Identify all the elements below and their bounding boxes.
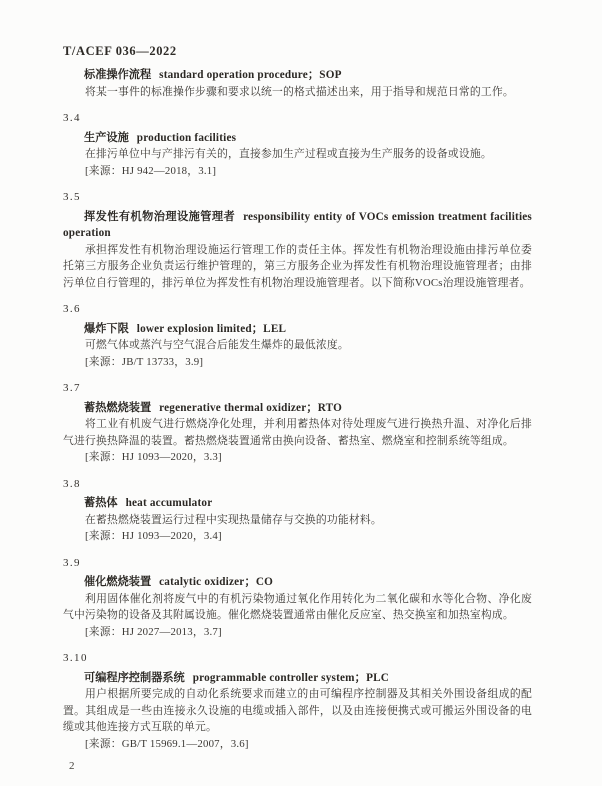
term-definition: 在排污单位中与产排污有关的，直接参加生产过程或直接为生产服务的设备或设施。 (63, 146, 532, 163)
term-title: 蓄热燃烧装置regenerative thermal oxidizer；RTO (63, 400, 532, 417)
term-english: production facilities (137, 132, 236, 144)
term-chinese: 标准操作流程 (84, 69, 151, 81)
section-number: 3.6 (63, 301, 532, 318)
term-definition: 将工业有机废气进行燃烧净化处理，并利用蓄热体对待处理废气进行换热升温、对净化后排… (63, 416, 532, 449)
term-source: [来源：GB/T 15969.1—2007，3.6] (63, 736, 532, 753)
term-chinese: 蓄热体 (84, 497, 118, 509)
term-english: regenerative thermal oxidizer；RTO (159, 402, 342, 414)
term-title: 标准操作流程standard operation procedure；SOP (63, 67, 532, 84)
term-entry: 3.8 蓄热体heat accumulator 在蓄热燃烧装置运行过程中实现热量… (63, 476, 532, 545)
term-definition: 利用固体催化剂将废气中的有机污染物通过氧化作用转化为二氧化碳和水等化合物、净化废… (63, 591, 532, 624)
term-definition: 将某一事件的标准操作步骤和要求以统一的格式描述出来，用于指导和规范日常的工作。 (63, 84, 532, 101)
section-number: 3.7 (63, 380, 532, 397)
term-chinese: 挥发性有机物治理设施管理者 (84, 211, 235, 223)
term-definition: 承担挥发性有机物治理设施运行管理工作的责任主体。挥发性有机物治理设施由排污单位委… (63, 242, 532, 292)
term-chinese: 可编程序控制器系统 (84, 672, 185, 684)
section-number: 3.5 (63, 189, 532, 206)
term-entry: 3.9 催化燃烧装置catalytic oxidizer；CO 利用固体催化剂将… (63, 555, 532, 641)
term-entry: 3.6 爆炸下限lower explosion limited；LEL 可燃气体… (63, 301, 532, 370)
term-definition: 用户根据所要完成的自动化系统要求而建立的由可编程序控制器及其相关外围设备组成的配… (63, 686, 532, 736)
section-number: 3.8 (63, 476, 532, 493)
document-code: T/ACEF 036—2022 (63, 44, 532, 59)
term-english: lower explosion limited；LEL (137, 323, 286, 335)
term-chinese: 催化燃烧装置 (84, 576, 151, 588)
term-entry: 3.4 生产设施production facilities 在排污单位中与产排污… (63, 110, 532, 179)
term-definition: 可燃气体或蒸汽与空气混合后能发生爆炸的最低浓度。 (63, 337, 532, 354)
page-number: 2 (69, 760, 75, 772)
term-source: [来源：HJ 1093—2020，3.3] (63, 449, 532, 466)
term-english: standard operation procedure；SOP (159, 69, 342, 81)
term-source: [来源：JB/T 13733，3.9] (63, 354, 532, 371)
section-number: 3.10 (63, 650, 532, 667)
terms-section: 标准操作流程standard operation procedure；SOP 将… (63, 67, 532, 752)
term-chinese: 生产设施 (84, 132, 129, 144)
term-title: 催化燃烧装置catalytic oxidizer；CO (63, 574, 532, 591)
term-entry: 3.5 挥发性有机物治理设施管理者responsibility entity o… (63, 189, 532, 291)
term-source: [来源：HJ 2027—2013，3.7] (63, 624, 532, 641)
term-title: 蓄热体heat accumulator (63, 495, 532, 512)
term-chinese: 蓄热燃烧装置 (84, 402, 151, 414)
term-title: 可编程序控制器系统programmable controller system；… (63, 670, 532, 687)
section-number: 3.4 (63, 110, 532, 127)
section-number: 3.9 (63, 555, 532, 572)
term-chinese: 爆炸下限 (84, 323, 129, 335)
term-english: programmable controller system；PLC (193, 672, 389, 684)
term-entry: 3.10 可编程序控制器系统programmable controller sy… (63, 650, 532, 752)
term-title: 爆炸下限lower explosion limited；LEL (63, 321, 532, 338)
document-page: T/ACEF 036—2022 标准操作流程standard operation… (0, 0, 602, 786)
term-english: catalytic oxidizer；CO (159, 576, 273, 588)
term-entry: 3.7 蓄热燃烧装置regenerative thermal oxidizer；… (63, 380, 532, 466)
term-definition: 在蓄热燃烧装置运行过程中实现热量储存与交换的功能材料。 (63, 512, 532, 529)
term-title: 挥发性有机物治理设施管理者responsibility entity of VO… (63, 209, 532, 242)
term-source: [来源：HJ 942—2018，3.1] (63, 163, 532, 180)
term-entry: 标准操作流程standard operation procedure；SOP 将… (63, 67, 532, 100)
term-source: [来源：HJ 1093—2020，3.4] (63, 528, 532, 545)
term-title: 生产设施production facilities (63, 130, 532, 147)
term-english: heat accumulator (126, 497, 213, 509)
